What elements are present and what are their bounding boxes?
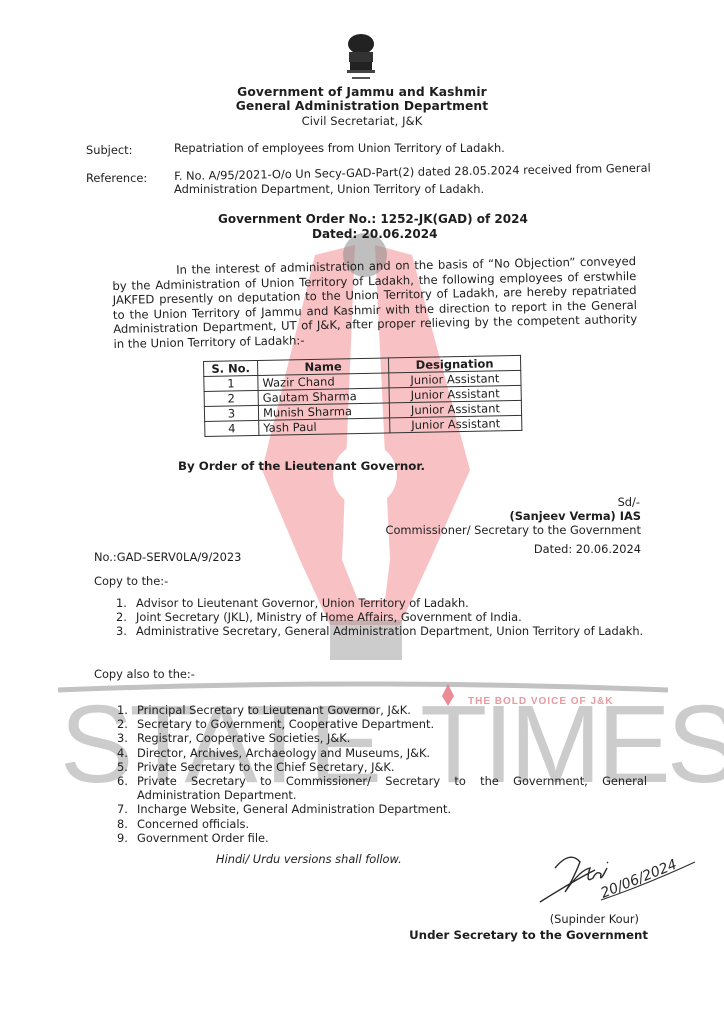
copy-to-list: 1.Advisor to Lieutenant Governor, Union … (116, 596, 676, 639)
office-subtitle: Civil Secretariat, J&K (0, 114, 724, 128)
list-item: 2.Joint Secretary (JKL), Ministry of Hom… (116, 610, 676, 624)
signatory1-title: Commissioner/ Secretary to the Governmen… (386, 523, 642, 537)
list-item: 3.Registrar, Cooperative Societies, J&K. (117, 731, 647, 745)
cell-sno: 3 (204, 405, 258, 421)
list-item-text: Incharge Website, General Administration… (137, 802, 451, 816)
reference-label: Reference: (86, 171, 147, 185)
col-header-sno: S. No. (204, 360, 258, 376)
cell-sno: 1 (204, 375, 258, 391)
list-item-text: Private Secretary to the Chief Secretary… (137, 760, 395, 774)
order-date: Dated: 20.06.2024 (312, 227, 437, 241)
order-paragraph-text: In the interest of administration and on… (112, 254, 638, 352)
by-order-line: By Order of the Lieutenant Governor. (178, 459, 425, 473)
list-item-text: Advisor to Lieutenant Governor, Union Te… (136, 596, 469, 610)
list-item: 1.Advisor to Lieutenant Governor, Union … (116, 596, 676, 610)
list-item: 4.Director, Archives, Archaeology and Mu… (117, 746, 647, 760)
copy-to-label: Copy to the:- (94, 574, 168, 588)
list-item-text: Principal Secretary to Lieutenant Govern… (137, 703, 411, 717)
government-title: Government of Jammu and Kashmir (0, 85, 724, 99)
copy-also-to-label: Copy also to the:- (94, 667, 195, 681)
memo-date: Dated: 20.06.2024 (534, 542, 641, 556)
list-item-text: Director, Archives, Archaeology and Muse… (137, 746, 430, 760)
list-item: 5.Private Secretary to the Chief Secreta… (117, 760, 647, 774)
cell-designation: Junior Assistant (390, 415, 522, 433)
list-item: 2.Secretary to Government, Cooperative D… (117, 717, 647, 731)
list-item-text: Concerned officials. (137, 817, 249, 831)
cell-sno: 4 (205, 420, 259, 436)
list-item-text: Joint Secretary (JKL), Ministry of Home … (136, 610, 522, 624)
reference-line-1: F. No. A/95/2021-O/o Un Secy-GAD-Part(2)… (174, 161, 651, 183)
list-item: 1.Principal Secretary to Lieutenant Gove… (117, 703, 647, 717)
list-item-text: Secretary to Government, Cooperative Dep… (137, 717, 434, 731)
handwritten-signature: 20/06/2024 (535, 840, 705, 920)
order-paragraph: In the interest of administration and on… (112, 254, 638, 352)
employee-table: S. No. Name Designation 1 Wazir Chand Ju… (203, 355, 522, 437)
list-item-text: Registrar, Cooperative Societies, J&K. (137, 731, 350, 745)
list-item-text: Administrative Secretary, General Admini… (136, 624, 643, 638)
copy-also-to-list: 1.Principal Secretary to Lieutenant Gove… (117, 703, 647, 845)
subject-text: Repatriation of employees from Union Ter… (174, 141, 505, 155)
list-item-text: Government Order file. (137, 831, 269, 845)
cell-sno: 2 (204, 390, 258, 406)
list-item: 8.Concerned officials. (117, 817, 647, 831)
subject-label: Subject: (86, 143, 132, 157)
signature-date: 20/06/2024 (599, 857, 680, 902)
list-item-text: Private Secretary to Commissioner/ Secre… (137, 774, 647, 802)
list-item: 6.Private Secretary to Commissioner/ Sec… (117, 774, 647, 802)
list-item: 3.Administrative Secretary, General Admi… (116, 624, 676, 638)
order-number: Government Order No.: 1252-JK(GAD) of 20… (218, 212, 528, 226)
sd-mark: Sd/- (618, 495, 640, 509)
cell-name: Yash Paul (259, 418, 390, 436)
language-note: Hindi/ Urdu versions shall follow. (216, 852, 402, 866)
signatory2-title: Under Secretary to the Government (409, 928, 648, 942)
national-emblem-icon (336, 30, 386, 85)
signatory2-name: (Supinder Kour) (550, 912, 639, 926)
signatory1-name: (Sanjeev Verma) IAS (510, 509, 641, 523)
list-item: 7.Incharge Website, General Administrati… (117, 802, 647, 816)
memo-number: No.:GAD-SERV0LA/9/2023 (94, 550, 241, 564)
reference-line-2: Administration Department, Union Territo… (174, 182, 484, 196)
department-title: General Administration Department (0, 99, 724, 113)
